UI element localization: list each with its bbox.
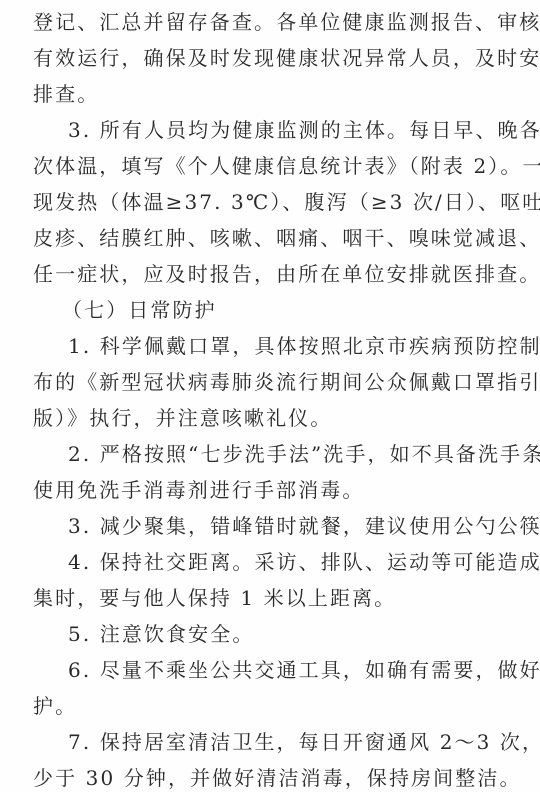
text-line: 任一症状，应及时报告，由所在单位安排就医排查。 (33, 255, 505, 293)
text-line: 使用免洗手消毒剂进行手部消毒。 (33, 471, 505, 509)
text-line: 护。 (33, 687, 505, 725)
text-line: 3. 减少聚集，错峰错时就餐，建议使用公勺公筷。 (68, 507, 505, 545)
document-page: 登记、汇总并留存备查。各单位健康监测报告、审核制度应 有效运行，确保及时发现健康… (0, 0, 540, 792)
text-line: 现发热（体温≥37. 3℃）、腹泻（≥3 次/日）、呕吐、黄疸、 (33, 183, 505, 221)
text-line: 少于 30 分钟，并做好清洁消毒，保持房间整洁。 (33, 759, 505, 792)
text-line: 1. 科学佩戴口罩，具体按照北京市疾病预防控制中心发 (68, 327, 505, 365)
text-line: 2. 严格按照“七步洗手法”洗手，如不具备洗手条件， (68, 435, 505, 473)
text-line: 次体温，填写《个人健康信息统计表》（附表 2）。一旦出 (33, 147, 505, 185)
text-line: 6. 尽量不乘坐公共交通工具，如确有需要，做好个人防 (68, 651, 505, 689)
text-line: 集时，要与他人保持 1 米以上距离。 (33, 579, 505, 617)
text-line: 3. 所有人员均为健康监测的主体。每日早、晚各测量 1 (68, 111, 505, 149)
text-line: 4. 保持社交距离。采访、排队、运动等可能造成人员聚 (68, 543, 505, 581)
text-line: 7. 保持居室清洁卫生，每日开窗通风 2～3 次，每次不 (68, 723, 505, 761)
section-heading: （七）日常防护 (62, 291, 499, 329)
text-line: 版）》执行，并注意咳嗽礼仪。 (33, 399, 505, 437)
text-line: 布的《新型冠状病毒肺炎流行期间公众佩戴口罩指引（第四 (33, 363, 505, 401)
text-line: 登记、汇总并留存备查。各单位健康监测报告、审核制度应 (33, 3, 505, 41)
text-line: 有效运行，确保及时发现健康状况异常人员，及时安排就医 (33, 39, 505, 77)
text-line: 5. 注意饮食安全。 (68, 615, 505, 653)
text-line: 排查。 (33, 75, 505, 113)
text-line: 皮疹、结膜红肿、咳嗽、咽痛、咽干、嗅味觉减退、乏力中 (33, 219, 505, 257)
